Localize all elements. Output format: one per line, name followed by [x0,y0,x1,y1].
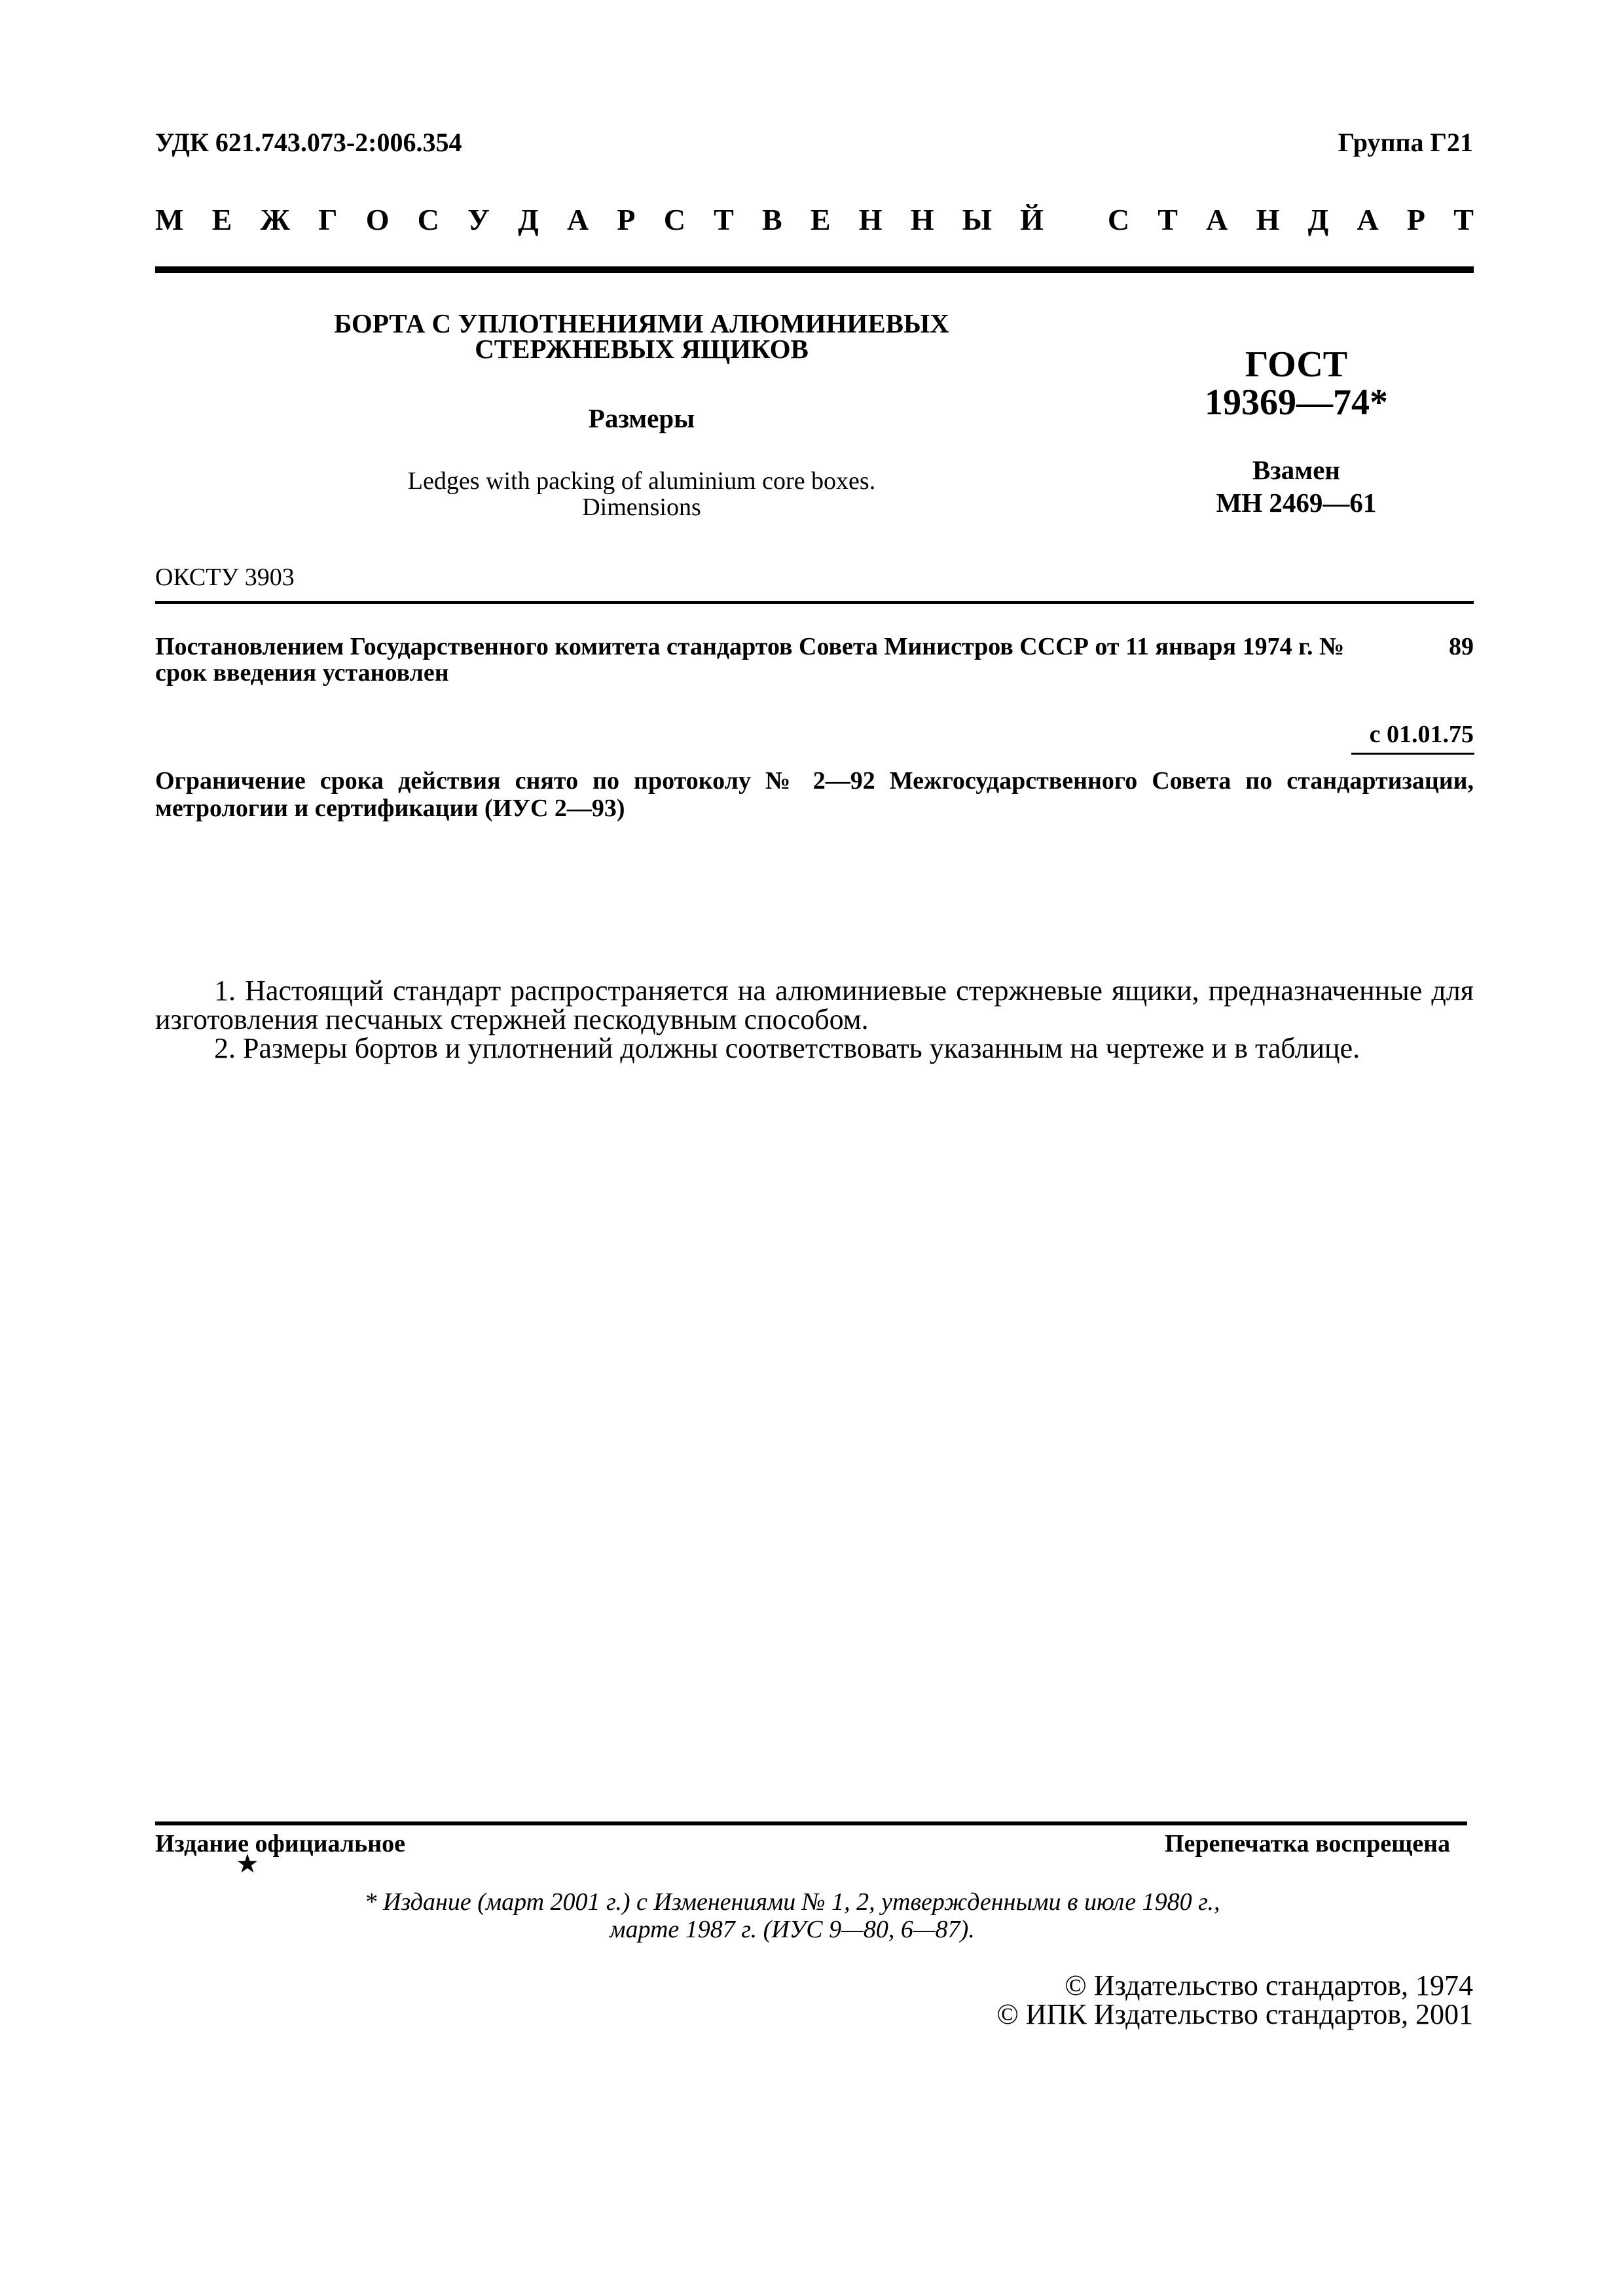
udk-code: УДК 621.743.073-2:006.354 [155,127,462,158]
copyright-1974: © Издательство стандартов, 1974 [996,1971,1473,2000]
document-title: БОРТА С УПЛОТНЕНИЯМИ АЛЮМИНИЕВЫХ СТЕРЖНЕ… [288,311,995,362]
official-edition-label: Издание официальное [155,1829,405,1858]
gost-number: 19369—74* [1165,384,1427,422]
clause-1: 1. Настоящий стандарт распространяется н… [155,977,1474,1034]
header-rule [155,266,1474,273]
heading-letter: Е [811,202,831,237]
heading-letter: С [664,202,685,237]
heading-letter: Ы [962,202,992,237]
heading-letter: Ж [261,202,290,237]
replaces-label: Взамен [1165,456,1427,484]
title-line-1: БОРТА С УПЛОТНЕНИЯМИ АЛЮМИНИЕВЫХ [288,311,995,336]
decree-statement: Постановлением Государственного комитета… [155,634,1474,686]
replaces-value: МН 2469—61 [1165,488,1427,517]
heading-letter: У [467,202,490,237]
title-block: БОРТА С УПЛОТНЕНИЯМИ АЛЮМИНИЕВЫХ СТЕРЖНЕ… [288,311,995,520]
heading-letter: Е [212,202,232,237]
heading-letter: Т [1158,202,1178,237]
edition-footnote-line-2: марте 1987 г. (ИУС 9—80, 6—87). [288,1916,1296,1943]
decree-text-line-1: Постановлением Государственного комитета… [155,633,1344,660]
document-subtitle: Размеры [288,403,995,434]
heading-letter: Р [617,202,635,237]
heading-letter: Д [1308,202,1329,237]
title-line-2: СТЕРЖНЕВЫХ ЯЩИКОВ [288,336,995,362]
designation-block: ГОСТ 19369—74* Взамен МН 2469—61 [1165,346,1427,517]
heading-letter: С [418,202,439,237]
footer-rule [155,1821,1467,1825]
effective-date: с 01.01.75 [1370,720,1474,749]
okstu-code: ОКСТУ 3903 [155,563,295,592]
heading-letter: В [762,202,782,237]
english-title-line-2: Dimensions [288,494,995,520]
heading-letter: Й [1020,202,1044,237]
heading-letter: Н [911,202,934,237]
heading-letter: Н [1256,202,1280,237]
no-reprint-notice: Перепечатка воспрещена [1165,1829,1450,1858]
heading-letter: О [366,202,390,237]
clause-2: 2. Размеры бортов и уплотнений должны со… [155,1034,1474,1063]
heading-letter: Т [1453,202,1474,237]
gost-label: ГОСТ [1165,346,1427,384]
heading-letter: А [1357,202,1378,237]
copyright-block: © Издательство стандартов, 1974 © ИПК Из… [996,1971,1473,2029]
heading-gap [1072,202,1080,237]
heading-letter: А [567,202,589,237]
english-title: Ledges with packing of aluminium core bo… [288,468,995,520]
heading-letter: М [155,202,183,237]
effective-date-underline [1351,753,1474,755]
heading-letter: С [1108,202,1129,237]
classification-group: Группа Г21 [1338,127,1473,158]
heading-letter: Г [318,202,337,237]
standard-type-heading: МЕЖГОСУДАРСТВЕННЫЙ СТАНДАРТ [155,202,1474,237]
copyright-2001: © ИПК Издательство стандартов, 2001 [996,2000,1473,2029]
decree-text-line-2: срок введения установлен [155,660,1474,686]
heading-letter: Т [714,202,734,237]
star-icon: ★ [236,1851,259,1877]
heading-letter: Д [518,202,539,237]
decree-number: 89 [1449,634,1474,660]
validity-limit-note: Ограничение срока действия снято по прот… [155,767,1474,822]
body-text: 1. Настоящий стандарт распространяется н… [155,977,1474,1063]
heading-letter: Н [859,202,883,237]
english-title-line-1: Ledges with packing of aluminium core bo… [288,468,995,494]
heading-letter: Р [1407,202,1425,237]
edition-footnote: * Издание (март 2001 г.) с Изменениями №… [288,1888,1296,1943]
section-rule [155,601,1474,604]
heading-letter: А [1206,202,1228,237]
edition-footnote-line-1: * Издание (март 2001 г.) с Изменениями №… [288,1888,1296,1916]
